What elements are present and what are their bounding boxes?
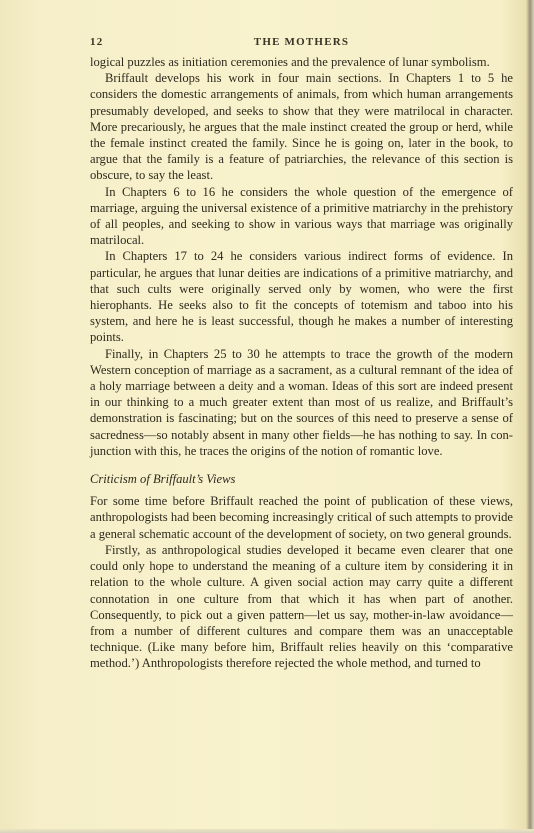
running-head-title: THE MOTHERS [90, 36, 513, 48]
paragraph: logical puzzles as initiation ceremonies… [90, 54, 513, 70]
section-heading: Criticism of Briffault’s Views [90, 471, 513, 487]
body-text: logical puzzles as initiation ceremonies… [90, 54, 513, 672]
text-block: 12 THE MOTHERS logical puzzles as initia… [90, 36, 513, 672]
paragraph: Briffault develops his work in four main… [90, 70, 513, 183]
paragraph: In Chapters 6 to 16 he considers the who… [90, 184, 513, 249]
running-head: 12 THE MOTHERS [90, 36, 513, 54]
paragraph: Finally, in Chapters 25 to 30 he attempt… [90, 346, 513, 459]
paragraph: Firstly, as anthropological studies deve… [90, 542, 513, 672]
paragraph: For some time before Briffault reached t… [90, 493, 513, 542]
page-edge [0, 829, 534, 833]
book-page: 12 THE MOTHERS logical puzzles as initia… [0, 0, 534, 833]
paragraph: In Chapters 17 to 24 he considers variou… [90, 248, 513, 345]
